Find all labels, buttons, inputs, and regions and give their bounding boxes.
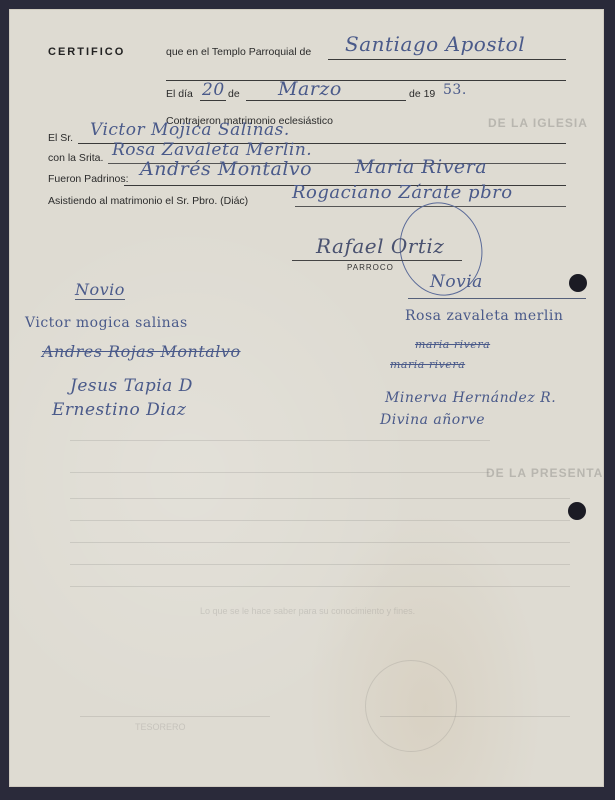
temple-prefix: que en el Templo Parroquial de (166, 46, 311, 58)
day-value: 20 (202, 80, 225, 100)
dia-prefix: El día (166, 88, 193, 100)
bleedthrough-heading-bottom: DE LA PRESENTA (486, 466, 603, 480)
punch-hole-top (569, 274, 587, 292)
parish-value: Santiago Apostol (345, 32, 525, 56)
novio-heading: Novio (75, 280, 125, 300)
priest-label: Asistiendo al matrimonio el Sr. Pbro. (D… (48, 195, 248, 207)
bleedthrough-heading-top: DE LA IGLESIA (488, 116, 588, 130)
groom-value: Victor Mojica Salinas. (90, 120, 290, 140)
novia-line: Divina añorve (380, 412, 485, 428)
novio-line: Victor mogica salinas (25, 315, 188, 331)
groom-label: El Sr. (48, 132, 73, 144)
novia-line-struck: maria rivera (415, 338, 490, 351)
parroco-signature: Rafael Ortiz (316, 234, 444, 258)
certificate-page: DE LA IGLESIA DE LA PRESENTA Lo que se l… (10, 10, 603, 786)
punch-hole-bottom (568, 502, 586, 520)
novia-line: Rosa zavaleta merlin (405, 308, 563, 324)
dia-de: de (228, 88, 240, 100)
year-prefix: de 19 (409, 88, 435, 100)
godparents-label: Fueron Padrinos: (48, 173, 129, 185)
godfather-value: Andrés Montalvo (140, 158, 312, 180)
novio-line: Jesus Tapia D (70, 376, 193, 396)
parish-rule (328, 59, 566, 60)
novia-heading: Novia (430, 272, 483, 292)
year-value: 53. (443, 82, 467, 98)
bride-value: Rosa Zavaleta Merlin. (112, 140, 312, 160)
certifico-label: CERTIFICO (48, 46, 125, 58)
novio-line-struck: Andres Rojas Montalvo (42, 342, 241, 361)
parroco-label: PARROCO (347, 263, 394, 272)
novia-line-struck: maria rivera (390, 358, 465, 371)
novio-line: Ernestino Diaz (52, 400, 186, 420)
novia-line: Minerva Hernández R. (385, 390, 556, 406)
godmother-value: Maria Rivera (355, 156, 487, 178)
bleedthrough-tesorero: TESORERO (135, 722, 186, 732)
priest-value: Rogaciano Zárate pbro (292, 182, 513, 203)
bleedthrough-footer: Lo que se le hace saber para su conocimi… (200, 606, 415, 616)
bride-label: con la Srita. (48, 152, 103, 164)
parish-rule-2 (166, 80, 566, 81)
month-value: Marzo (278, 78, 342, 100)
